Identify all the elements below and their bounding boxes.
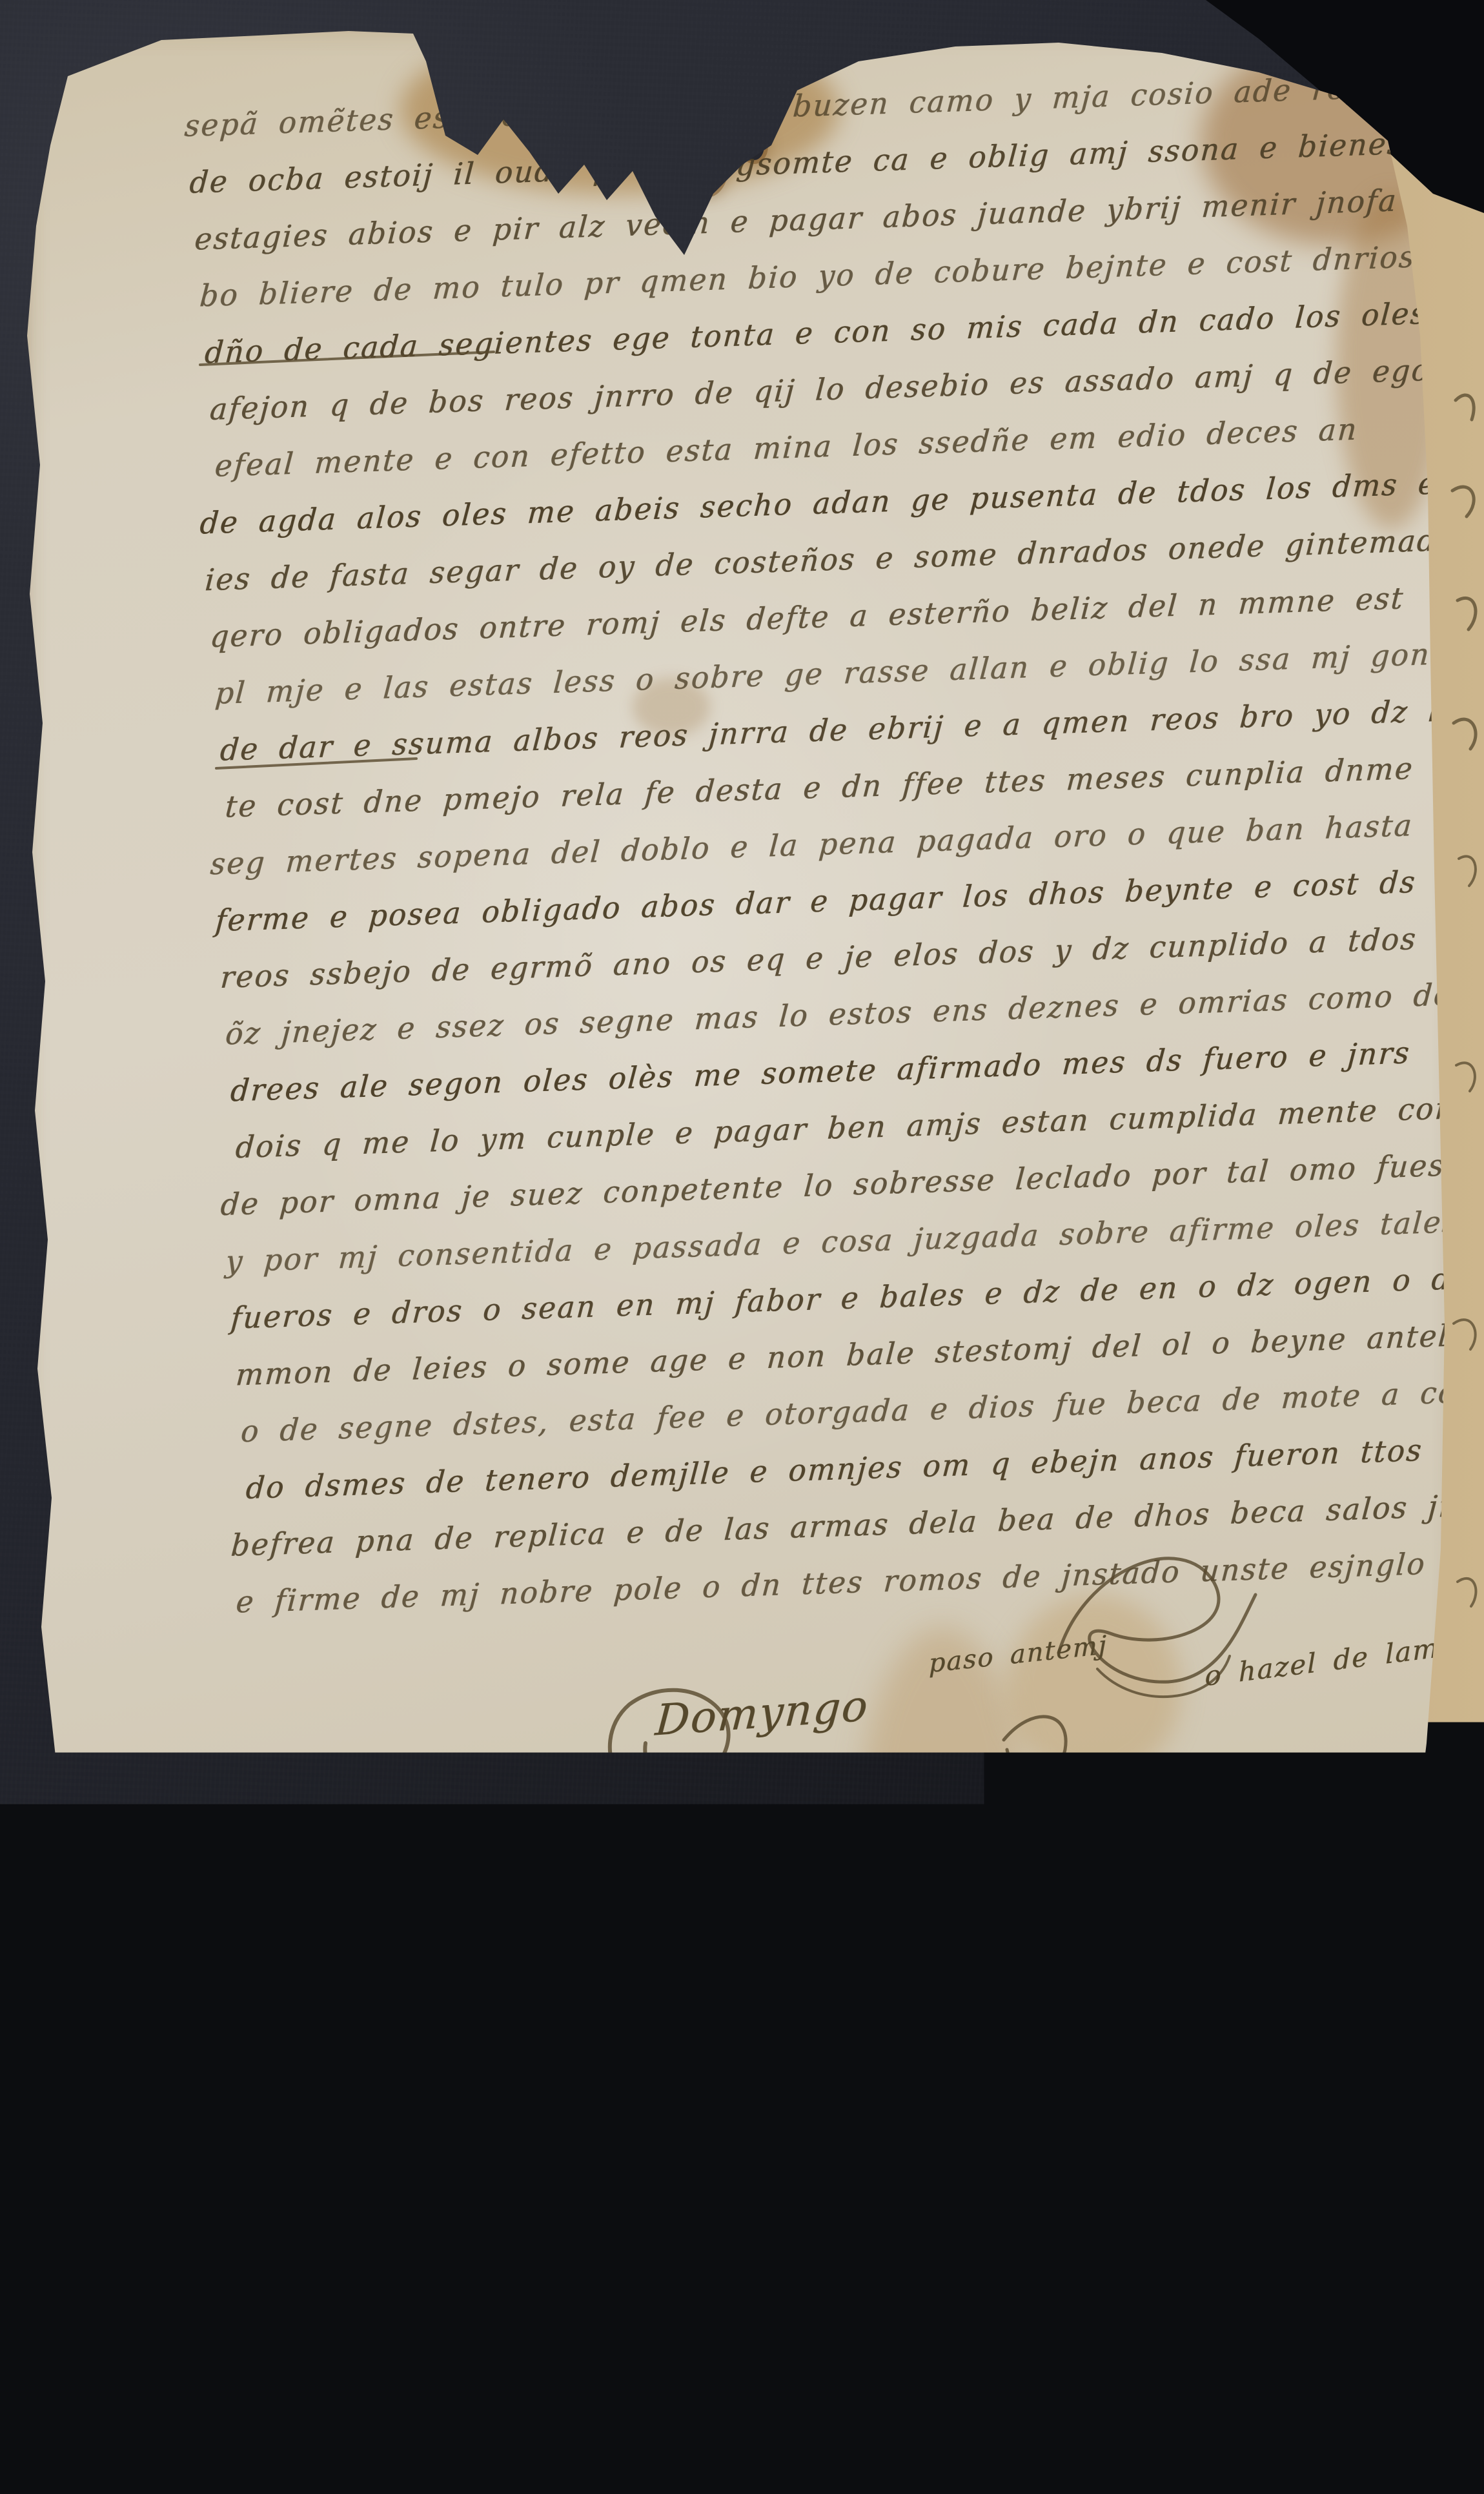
manuscript-photo: sepã omẽtes esta ca se obliga nõ buzen c… — [0, 0, 1484, 2494]
manuscript-page: sepã omẽtes esta ca se obliga nõ buzen c… — [0, 0, 1484, 2494]
